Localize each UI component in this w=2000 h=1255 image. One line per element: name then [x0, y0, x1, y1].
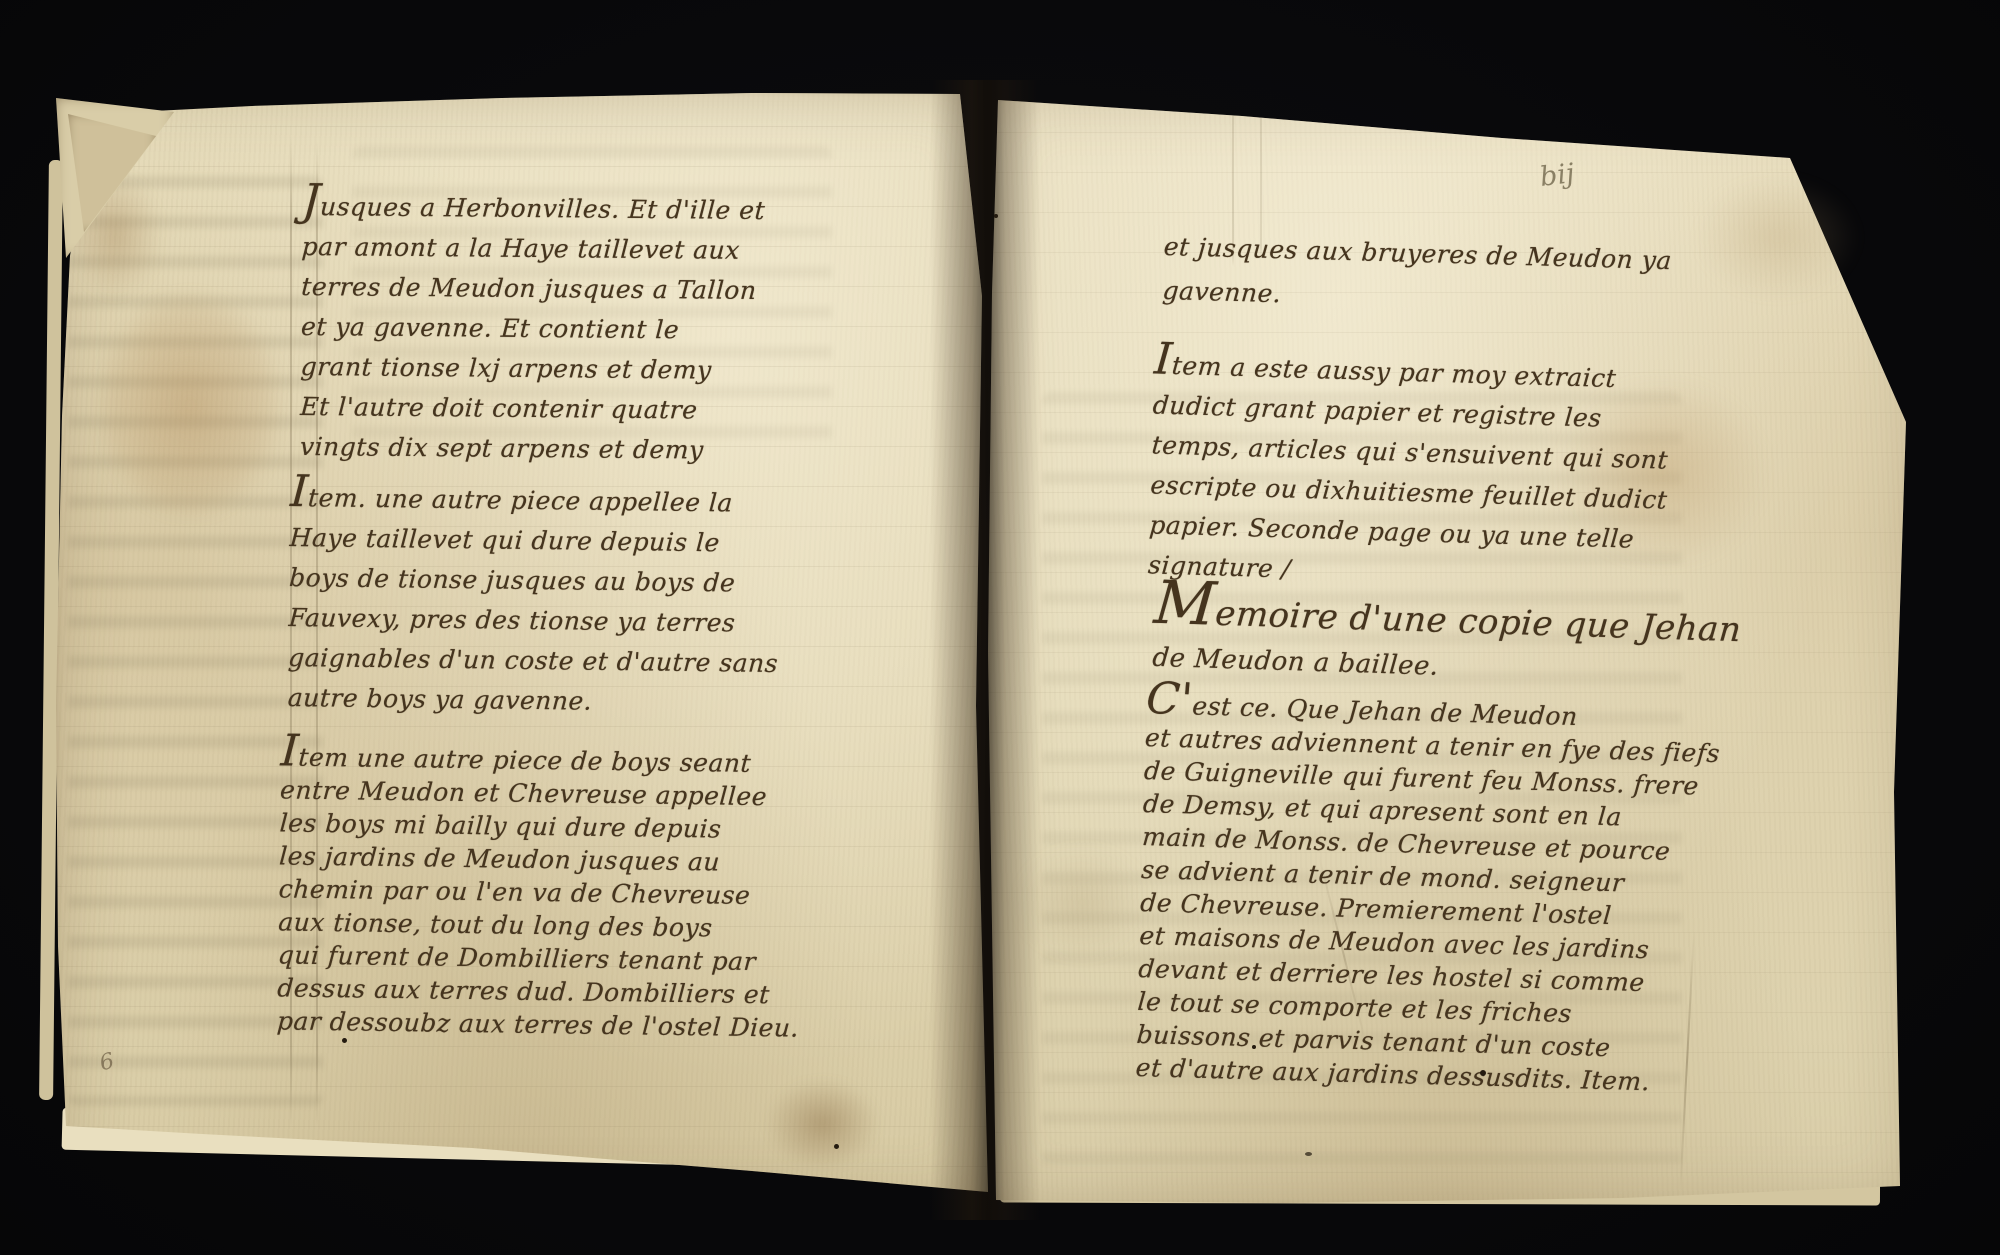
- ink-speck: [1252, 1045, 1256, 1049]
- paragraph: et jusques aux bruyeres de Meudon ya gav…: [1161, 225, 1671, 327]
- manuscript-line: par amont a la Haye taillevet aux: [301, 227, 766, 271]
- manuscript-line: vingts dix sept arpens et demy: [299, 427, 764, 471]
- paragraph: Jusques a Herbonvilles. Et d'ille et par…: [299, 186, 764, 471]
- ink-speck: [1305, 1152, 1312, 1156]
- paragraph: Item. une autre piece appellee la Haye t…: [287, 477, 780, 724]
- manuscript-line: grant tionse lxj arpens et demy: [299, 347, 764, 391]
- manuscript-line: terres de Meudon jusques a Tallon: [300, 267, 765, 311]
- manuscript-line: boys de tionse jusques au boys de: [288, 558, 780, 604]
- manuscript-photo: bij 6 Jusques a Herbonvilles. Et d'ille …: [0, 0, 2000, 1255]
- ink-speck: [994, 214, 998, 218]
- manuscript-line: et ya gavenne. Et contient le: [300, 307, 765, 351]
- folded-corner: [56, 98, 176, 263]
- manuscript-line: Fauvexy, pres des tionse ya terres: [288, 598, 780, 644]
- ink-speck: [834, 1144, 839, 1149]
- manuscript-line: Haye taillevet qui dure depuis le: [289, 518, 781, 564]
- manuscript-line: gaignables d'un coste et d'autre sans: [287, 638, 779, 684]
- ink-speck: [1480, 1070, 1486, 1076]
- paragraph: Item a este aussy par moy extraict dudic…: [1147, 344, 1671, 600]
- manuscript-line: Jusques a Herbonvilles. Et d'ille et: [301, 186, 767, 231]
- paragraph: C'est ce. Que Jehan de Meudon et autres …: [1135, 684, 1721, 1100]
- manuscript-line: Item. une autre piece appellee la: [289, 477, 781, 524]
- section-heading: Memoire d'une copie que Jehan de Meudon …: [1151, 583, 1741, 699]
- folio-number: bij: [1538, 158, 1576, 193]
- manuscript-line: autre boys ya gavenne.: [287, 678, 779, 724]
- paragraph: Item une autre piece de boys seant entre…: [276, 736, 802, 1044]
- ink-speck: [342, 1038, 347, 1043]
- manuscript-line: Et l'autre doit contenir quatre: [299, 387, 764, 431]
